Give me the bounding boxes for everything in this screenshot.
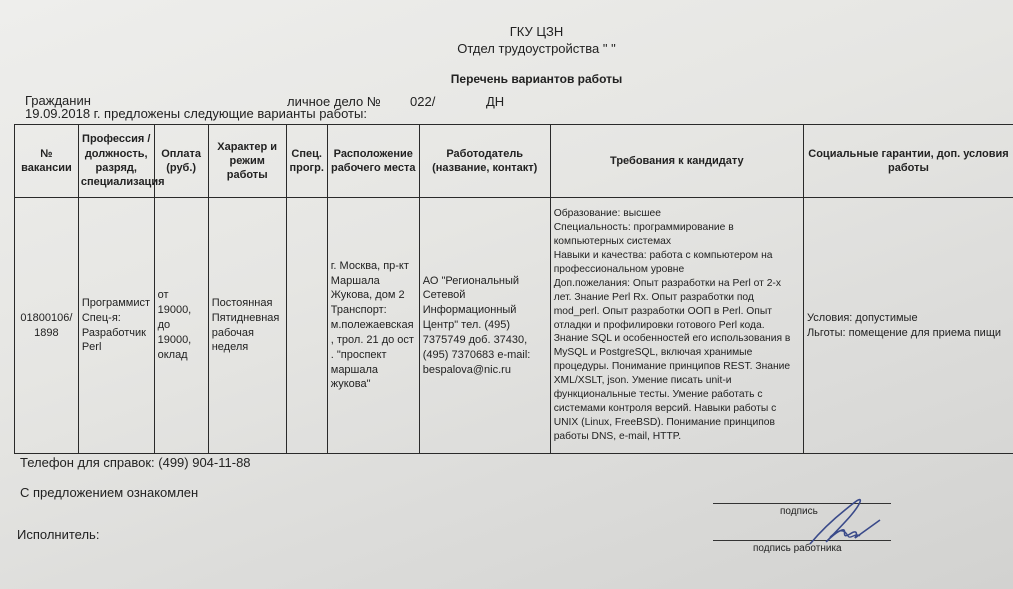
organization-name: ГКУ ЦЗН <box>0 24 1013 39</box>
special-program <box>286 198 327 454</box>
profession: Программист Спец-я: Разработчик Perl <box>78 198 154 454</box>
social-guarantees: Условия: допустимые Льготы: помещение дл… <box>803 198 1013 454</box>
requirement-specialty: Специальность: программирование в компью… <box>554 221 800 249</box>
column-header: Профессия / должность, разряд, специализ… <box>78 125 154 198</box>
executor-label: Исполнитель: <box>17 527 99 542</box>
social-benefits: Льготы: помещение для приема пищи <box>807 326 1010 341</box>
case-number-suffix: ДН <box>486 94 504 109</box>
requirement-wishes: Доп.пожелания: Опыт разработки на Perl о… <box>554 277 800 444</box>
column-header: Спец. прогр. <box>286 125 327 198</box>
salary: от 19000, до 19000, оклад <box>154 198 208 454</box>
requirement-skills: Навыки и качества: работа с компьютером … <box>554 249 800 277</box>
schedule: Постоянная Пятидневная рабочая неделя <box>208 198 286 454</box>
date-line: 19.09.2018 г. предложены следующие вариа… <box>25 106 367 121</box>
column-header: Требования к кандидату <box>550 125 803 198</box>
case-number: 022/ <box>410 94 435 109</box>
location: г. Москва, пр-кт Маршала Жукова, дом 2 Т… <box>327 198 419 454</box>
column-header: Характер и режим работы <box>208 125 286 198</box>
requirement-education: Образование: высшее <box>554 207 800 221</box>
requirements: Образование: высшее Специальность: прогр… <box>550 198 803 454</box>
column-header: Социальные гарантии, доп. условия работы <box>803 125 1013 198</box>
table-row: 01800106/ 1898 Программист Спец-я: Разра… <box>15 198 1013 454</box>
column-header: Работодатель (название, контакт) <box>419 125 550 198</box>
column-header: Расположение рабочего места <box>327 125 419 198</box>
table-header-row: № вакансии Профессия / должность, разряд… <box>15 125 1013 198</box>
department-name: Отдел трудоустройства " " <box>0 41 1013 56</box>
reference-phone: Телефон для справок: (499) 904-11-88 <box>20 455 251 470</box>
acknowledged-text: С предложением ознакомлен <box>20 485 198 500</box>
document-title: Перечень вариантов работы <box>0 72 1013 86</box>
employer: АО "Региональный Сетевой Информационный … <box>419 198 550 454</box>
handwritten-signature-icon <box>800 492 890 552</box>
social-conditions: Условия: допустимые <box>807 311 1010 326</box>
vacancy-table: № вакансии Профессия / должность, разряд… <box>14 124 1013 454</box>
vacancy-number: 01800106/ 1898 <box>15 198 79 454</box>
column-header: № вакансии <box>15 125 79 198</box>
